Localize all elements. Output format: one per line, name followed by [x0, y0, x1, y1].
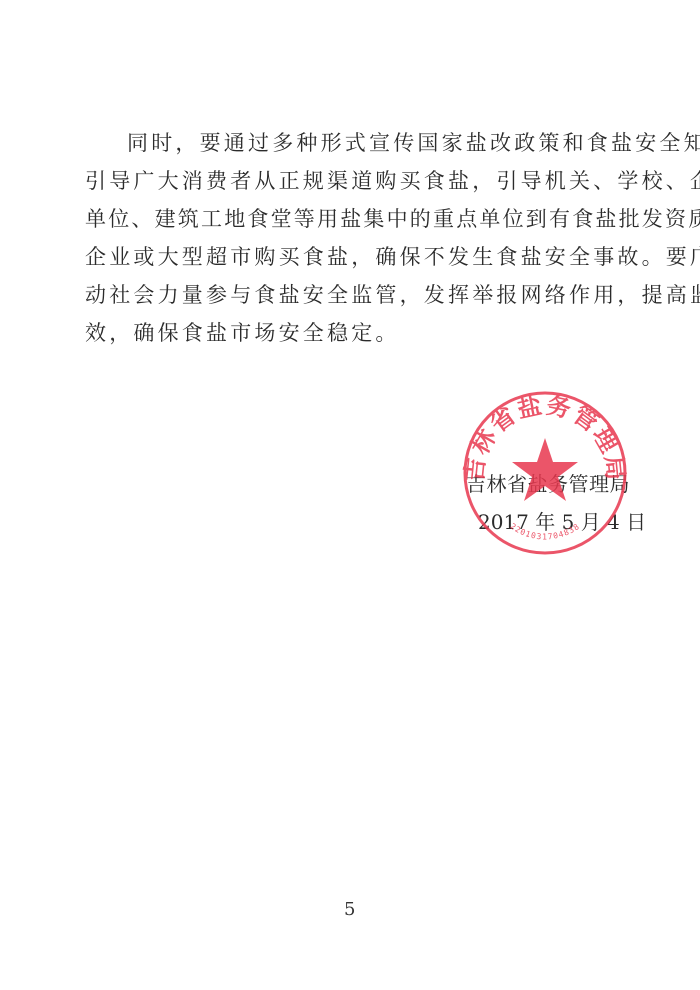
svg-text:2201031704838: 2201031704838 — [508, 522, 581, 542]
stamp-code: 2201031704838 — [508, 522, 581, 542]
official-seal-icon: 吉林省盐务管理局 2201031704838 — [462, 390, 628, 556]
page-number: 5 — [344, 900, 355, 920]
signature-block: 吉林省盐务管理局 2017 年 5 月 4 日 吉林省盐务管理局 2201031… — [0, 0, 700, 990]
document-page: 同时，要通过多种形式宣传国家盐改政策和食盐安全知识， 引导广大消费者从正规渠道购… — [0, 0, 700, 990]
